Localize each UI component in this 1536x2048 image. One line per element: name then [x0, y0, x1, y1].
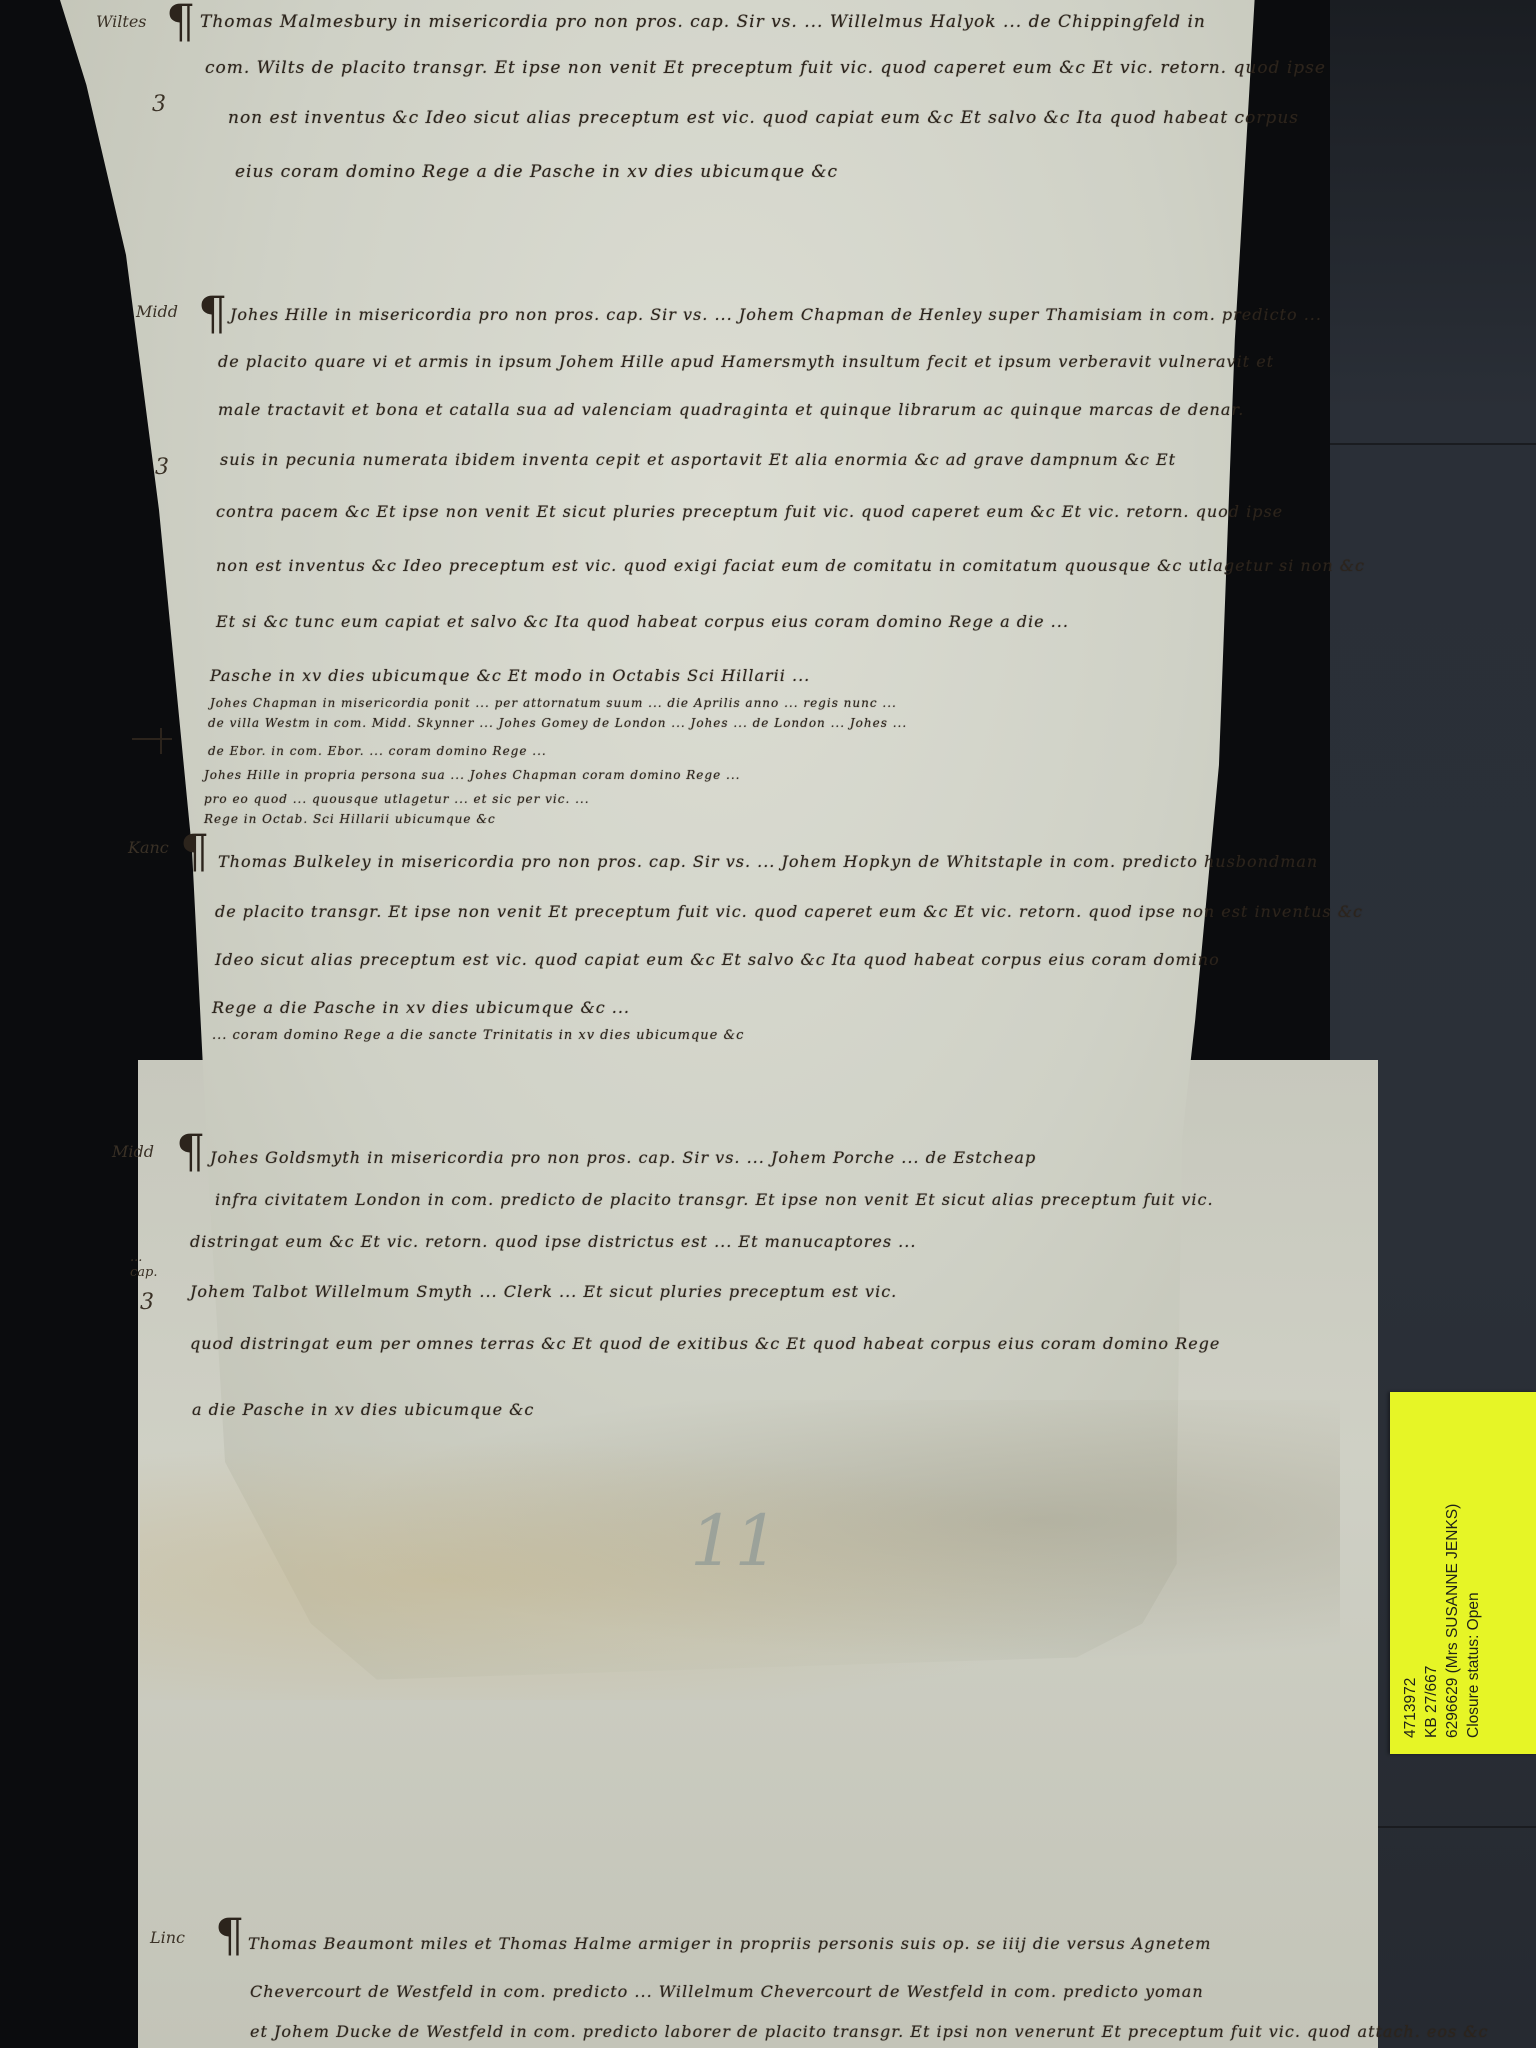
entry-line: Johem Talbot Willelmum Smyth ... Clerk .… [190, 1282, 897, 1301]
entry-line: male tractavit et bona et catalla sua ad… [218, 400, 1244, 419]
entry-line: distringat eum &c Et vic. retorn. quod i… [190, 1232, 916, 1251]
margin-mark: 3 [152, 92, 166, 117]
label-catalogue-reference: KB 27/667 [1421, 1408, 1442, 1738]
insertion-line: Johes Hille in propria persona sua ... J… [204, 768, 740, 782]
entry-line: Thomas Beaumont miles et Thomas Halme ar… [248, 1934, 1211, 1953]
entry-line: Thomas Bulkeley in misericordia pro non … [218, 852, 1318, 871]
entry-line: de placito transgr. Et ipse non venit Et… [215, 902, 1363, 921]
label-item-id: 4713972 [1400, 1408, 1421, 1738]
entry-line: Johes Hille in misericordia pro non pros… [230, 305, 1322, 324]
margin-annotation: ... cap. [130, 1250, 157, 1280]
label-order-requester: 6296629 (Mrs SUSANNE JENKS) [1442, 1408, 1463, 1738]
margin-mark: 3 [140, 1290, 154, 1315]
entry-line: non est inventus &c Ideo preceptum est v… [216, 556, 1365, 575]
entry-line: Thomas Malmesbury in misericordia pro no… [200, 12, 1206, 32]
entry-line: infra civitatem London in com. predicto … [215, 1190, 1214, 1209]
margin-county-note: Midd [136, 302, 178, 321]
margin-county-note: Linc [150, 1928, 185, 1947]
entry-line: Chevercourt de Westfeld in com. predicto… [250, 1982, 1204, 2001]
insertion-line: Johes Chapman in misericordia ponit ... … [210, 696, 897, 710]
entry-line: et Johem Ducke de Westfeld in com. predi… [250, 2022, 1489, 2041]
cross-mark-icon [160, 728, 162, 754]
entry-line: suis in pecunia numerata ibidem inventa … [220, 450, 1176, 469]
margin-county-note: Midd [112, 1142, 154, 1161]
margin-county-note: Kanc [128, 838, 169, 857]
board-seam [1330, 443, 1536, 445]
entry-line: a die Pasche in xv dies ubicumque &c [192, 1400, 534, 1419]
entry-line: de placito quare vi et armis in ipsum Jo… [218, 352, 1274, 371]
label-text-block: 4713972 KB 27/667 6296629 (Mrs SUSANNE J… [1390, 1392, 1536, 1754]
insertion-line: de villa Westm in com. Midd. Skynner ...… [208, 716, 907, 730]
paragraph-mark-icon: ¶ [198, 290, 227, 336]
faint-pencil-mark: 11 [690, 1500, 779, 1582]
paragraph-mark-icon: ¶ [180, 828, 209, 874]
entry-line: quod distringat eum per omnes terras &c … [190, 1334, 1220, 1353]
entry-line: Pasche in xv dies ubicumque &c Et modo i… [210, 666, 810, 685]
entry-line: non est inventus &c Ideo sicut alias pre… [228, 108, 1299, 128]
entry-line: Johes Goldsmyth in misericordia pro non … [210, 1148, 1036, 1167]
insertion-line: de Ebor. in com. Ebor. ... coram domino … [208, 744, 547, 758]
cross-mark-icon [132, 738, 172, 740]
entry-line: com. Wilts de placito transgr. Et ipse n… [205, 58, 1326, 78]
entry-line: Rege a die Pasche in xv dies ubicumque &… [212, 998, 630, 1017]
label-closure-status: Closure status: Open [1463, 1408, 1484, 1738]
entry-line: contra pacem &c Et ipse non venit Et sic… [216, 502, 1283, 521]
insertion-line: Rege in Octab. Sci Hillarii ubicumque &c [204, 812, 496, 826]
entry-line: eius coram domino Rege a die Pasche in x… [235, 162, 838, 182]
archive-reference-label: 4713972 KB 27/667 6296629 (Mrs SUSANNE J… [1390, 1392, 1536, 1754]
paragraph-mark-icon: ¶ [176, 1128, 205, 1174]
margin-county-note: Wiltes [96, 12, 147, 31]
paragraph-mark-icon: ¶ [166, 0, 195, 44]
paragraph-mark-icon: ¶ [215, 1912, 244, 1958]
entry-line: Ideo sicut alias preceptum est vic. quod… [215, 950, 1220, 969]
insertion-line: pro eo quod ... quousque utlagetur ... e… [204, 792, 590, 806]
entry-line: ... coram domino Rege a die sancte Trini… [212, 1028, 744, 1043]
margin-mark: 3 [155, 455, 169, 480]
entry-line: Et si &c tunc eum capiat et salvo &c Ita… [216, 612, 1069, 631]
